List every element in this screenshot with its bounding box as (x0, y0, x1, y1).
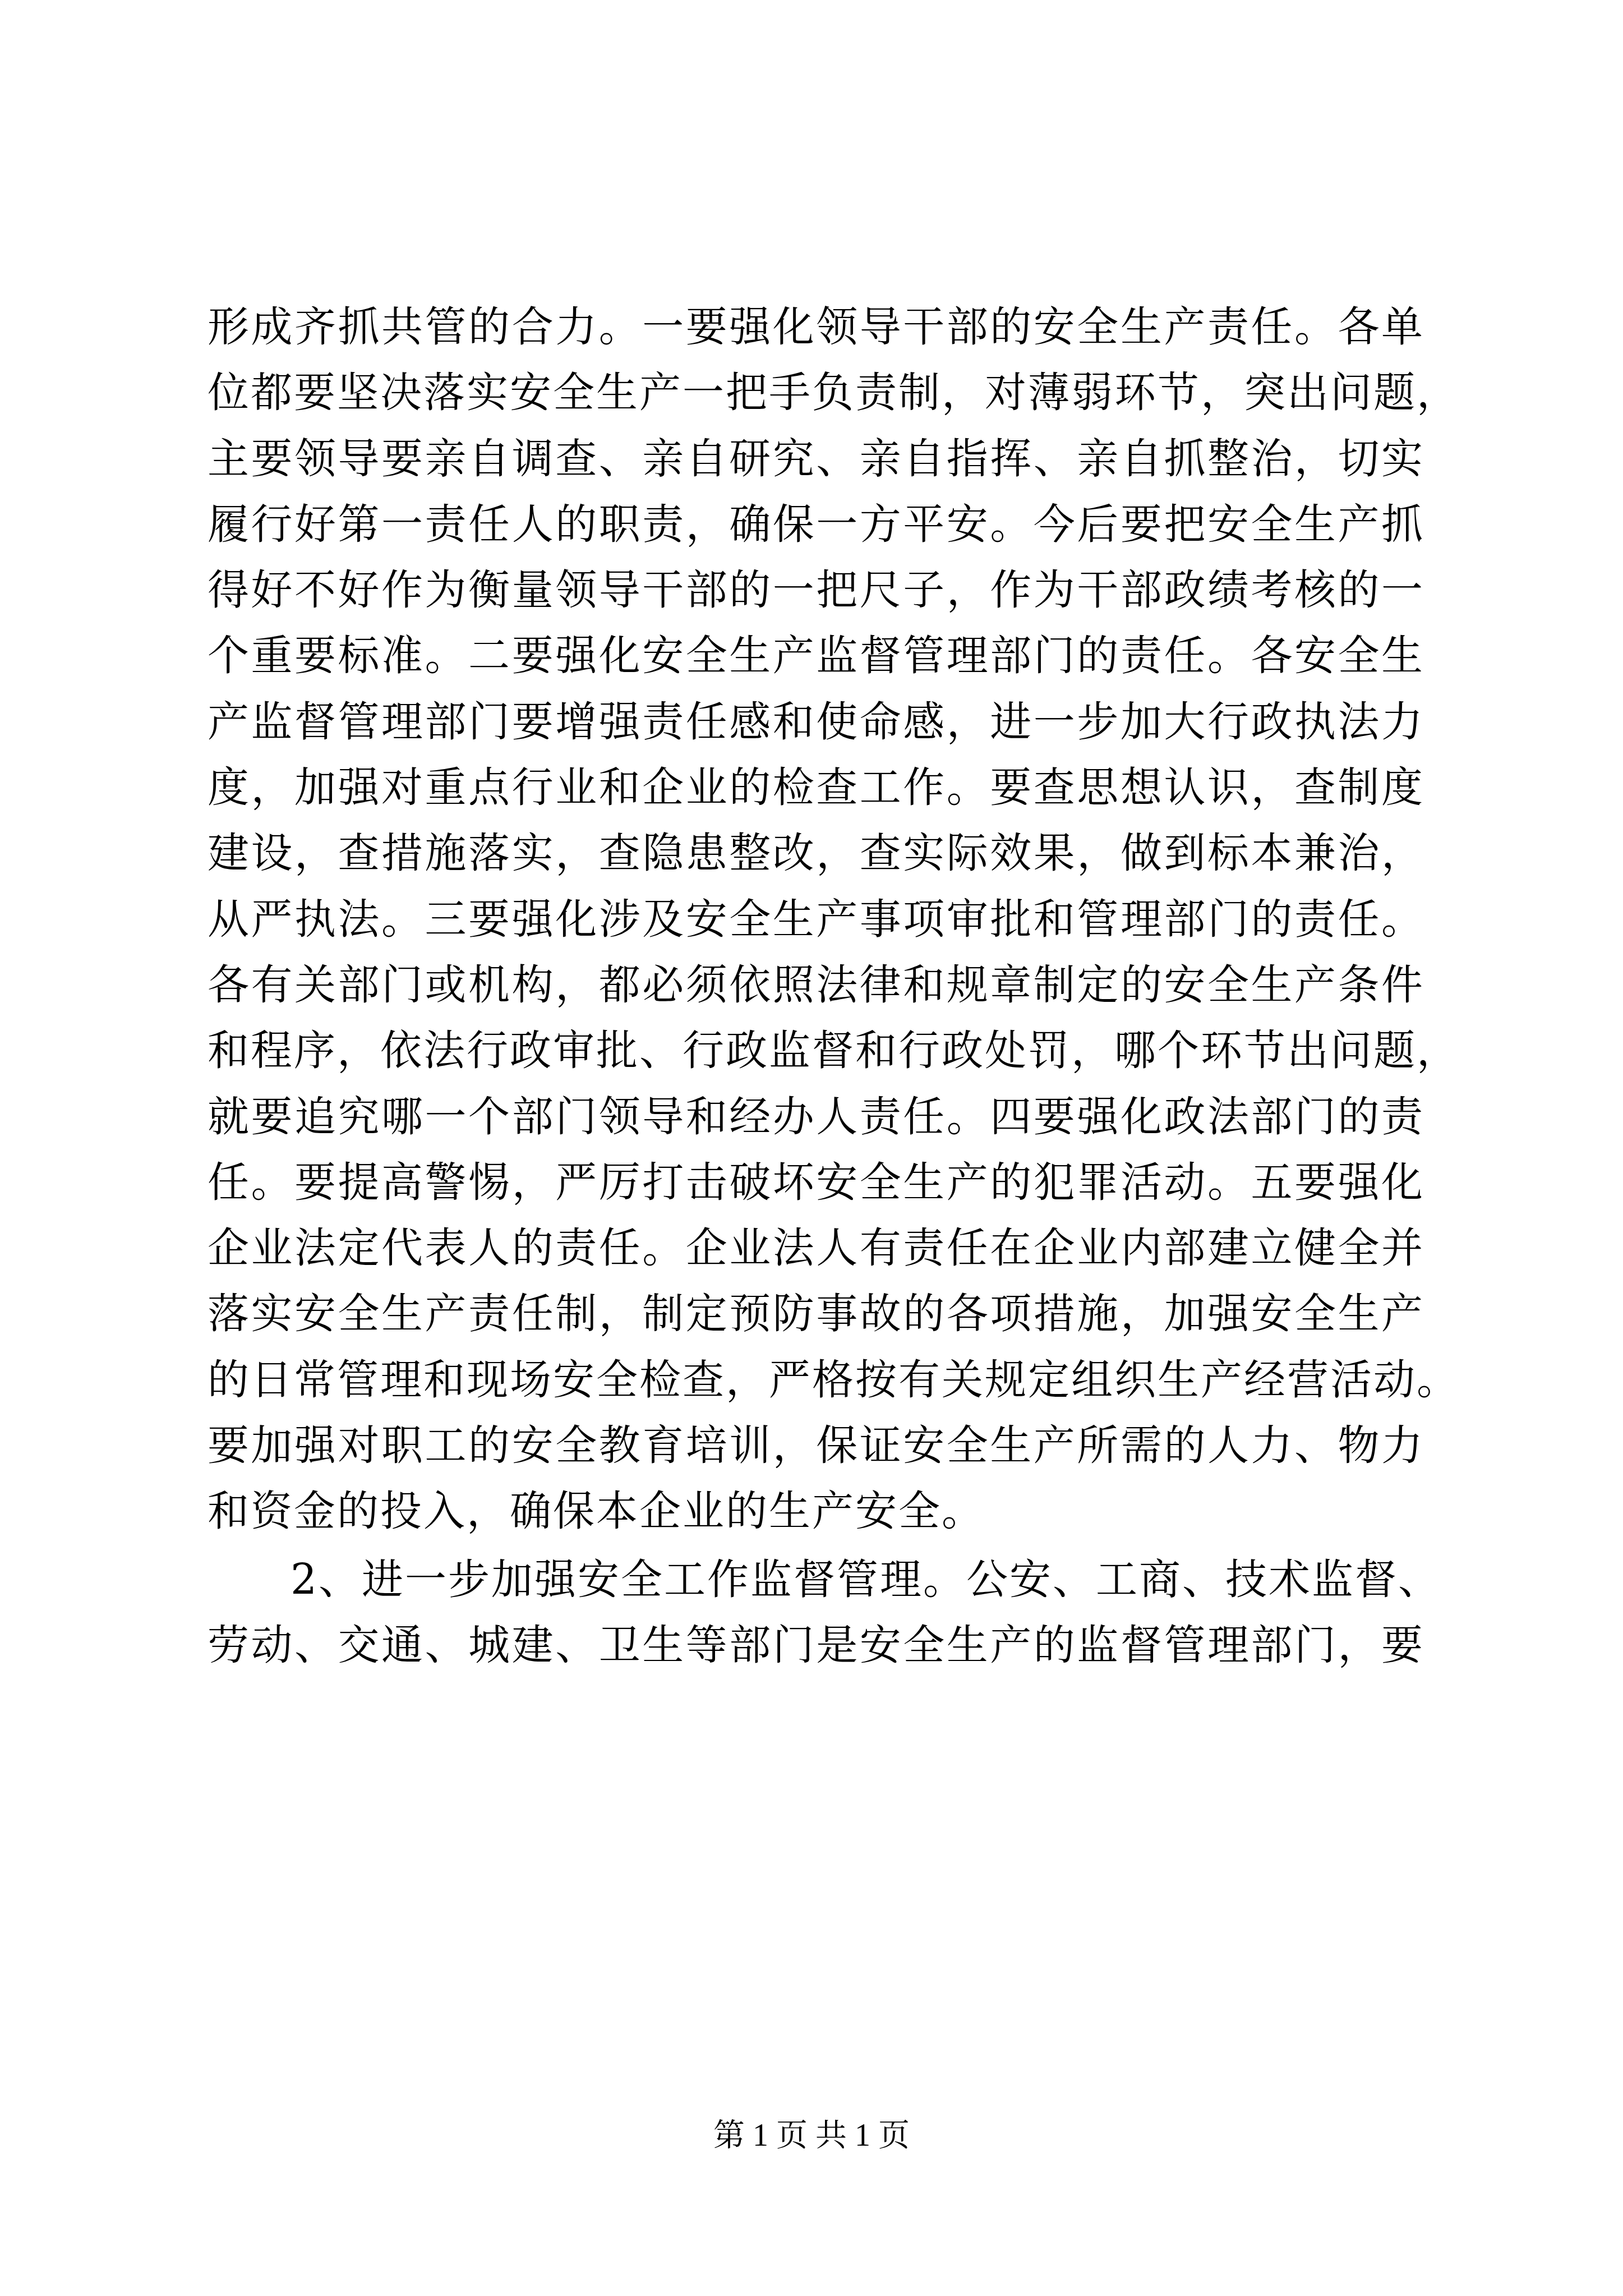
text-line: 和程序，依法行政审批、行政监督和行政处罚，哪个环节出问题， (208, 1018, 1424, 1084)
text-line: 主要领导要亲自调查、亲自研究、亲自指挥、亲自抓整治，切实 (208, 426, 1424, 492)
text-line: 劳动、交通、城建、卫生等部门是安全生产的监督管理部门，要 (208, 1613, 1424, 1678)
text-line: 从严执法。三要强化涉及安全生产事项审批和管理部门的责任。 (208, 887, 1424, 953)
text-line: 企业法定代表人的责任。企业法人有责任在企业内部建立健全并 (208, 1216, 1424, 1281)
paragraph-2: 2、进一步加强安全工作监督管理。公安、工商、技术监督、 劳动、交通、城建、卫生等… (208, 1547, 1424, 1679)
text-line: 2、进一步加强安全工作监督管理。公安、工商、技术监督、 (208, 1547, 1424, 1613)
text-line: 落实安全生产责任制，制定预防事故的各项措施，加强安全生产 (208, 1281, 1424, 1347)
document-body: 形成齐抓共管的合力。一要强化领导干部的安全生产责任。各单 位都要坚决落实安全生产… (208, 295, 1424, 1678)
text-line: 履行好第一责任人的职责，确保一方平安。今后要把安全生产抓 (208, 492, 1424, 558)
paragraph-1: 形成齐抓共管的合力。一要强化领导干部的安全生产责任。各单 位都要坚决落实安全生产… (208, 295, 1424, 1545)
text-line: 建设，查措施落实，查隐患整改，查实际效果，做到标本兼治， (208, 821, 1424, 886)
text-line: 和资金的投入，确保本企业的生产安全。 (208, 1479, 1424, 1544)
page-number: 第 1 页 共 1 页 (713, 2118, 910, 2153)
text-line: 个重要标准。二要强化安全生产监督管理部门的责任。各安全生 (208, 623, 1424, 689)
text-line: 要加强对职工的安全教育培训，保证安全生产所需的人力、物力 (208, 1413, 1424, 1479)
text-line: 各有关部门或机构，都必须依照法律和规章制定的安全生产条件 (208, 953, 1424, 1018)
text-line: 产监督管理部门要增强责任感和使命感，进一步加大行政执法力 (208, 689, 1424, 755)
text-line: 位都要坚决落实安全生产一把手负责制，对薄弱环节，突出问题， (208, 360, 1424, 426)
page-footer: 第 1 页 共 1 页 (0, 2110, 1623, 2155)
document-page: 形成齐抓共管的合力。一要强化领导干部的安全生产责任。各单 位都要坚决落实安全生产… (0, 0, 1623, 2296)
text-line: 的日常管理和现场安全检查，严格按有关规定组织生产经营活动。 (208, 1347, 1424, 1413)
text-line: 度，加强对重点行业和企业的检查工作。要查思想认识，查制度 (208, 755, 1424, 821)
text-line: 形成齐抓共管的合力。一要强化领导干部的安全生产责任。各单 (208, 295, 1424, 360)
text-line: 就要追究哪一个部门领导和经办人责任。四要强化政法部门的责 (208, 1084, 1424, 1150)
text-line: 得好不好作为衡量领导干部的一把尺子，作为干部政绩考核的一 (208, 558, 1424, 623)
text-line: 任。要提高警惕，严厉打击破坏安全生产的犯罪活动。五要强化 (208, 1150, 1424, 1216)
